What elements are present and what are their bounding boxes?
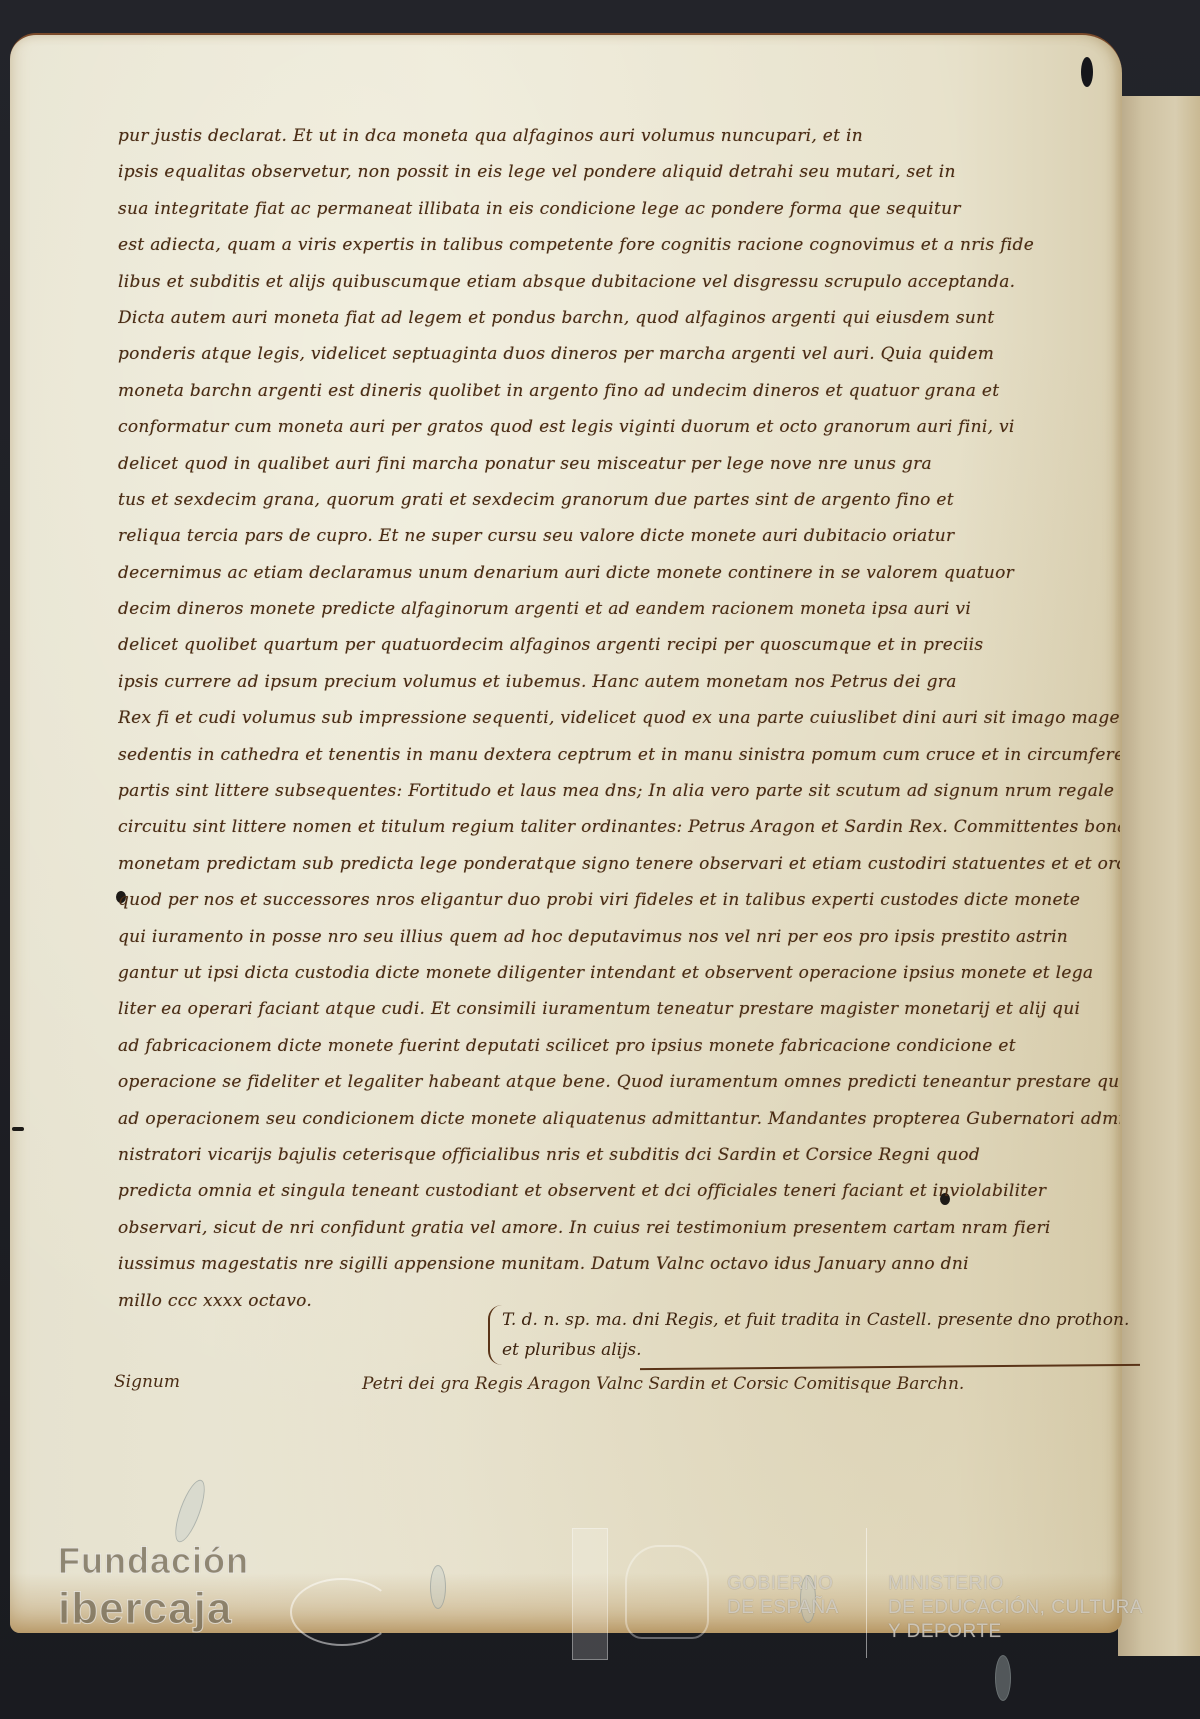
ibercaja-logo-icon [290,1578,394,1646]
royal-subscription: Petri dei gra Regis Aragon Valnc Sardin … [362,1374,1142,1394]
water-stain [430,1565,446,1609]
text-line: decernimus ac etiam declaramus unum dena… [118,555,1120,591]
ibercaja-watermark-text: ibercaja [58,1584,232,1634]
signum-mark: Signum [114,1372,180,1392]
text-line: ad fabricacionem dicte monete fuerint de… [118,1028,1120,1064]
manuscript-text: pur justis declarat. Et ut in dca moneta… [118,118,1120,1319]
text-line: partis sint littere subsequentes: Fortit… [118,773,1120,809]
text-line: ipsis currere ad ipsum precium volumus e… [118,664,1120,700]
ministerio-watermark-text: DE EDUCACIÓN, CULTURA [888,1597,1143,1619]
text-line: ponderis atque legis, videlicet septuagi… [118,336,1120,372]
text-line: delicet quolibet quartum per quatuordeci… [118,627,1120,663]
text-line: Rex fi et cudi volumus sub impressione s… [118,700,1120,736]
text-line: sua integritate fiat ac permaneat illiba… [118,191,1120,227]
text-line: operacione se fideliter et legaliter hab… [118,1064,1120,1100]
text-line: liter ea operari faciant atque cudi. Et … [118,991,1120,1027]
text-line: qui iuramento in posse nro seu illius qu… [118,919,1120,955]
text-line: observari, sicut de nri confidunt gratia… [118,1210,1120,1246]
ibercaja-watermark-text: Fundación [58,1540,249,1582]
text-line: conformatur cum moneta auri per gratos q… [118,409,1120,445]
gobierno-watermark-text: GOBIERNO [727,1573,833,1595]
text-line: Dicta autem auri moneta fiat ad legem et… [118,300,1120,336]
text-line: circuitu sint littere nomen et titulum r… [118,809,1120,845]
text-line: delicet quod in qualibet auri fini march… [118,446,1120,482]
text-line: predicta omnia et singula teneant custod… [118,1173,1120,1209]
gobierno-watermark-text: DE ESPAÑA [727,1597,839,1619]
binding-hole [1081,57,1093,87]
text-line: pur justis declarat. Et ut in dca moneta… [118,118,1120,154]
text-line: est adiecta, quam a viris expertis in ta… [118,227,1120,263]
ink-mark [12,1127,24,1131]
adjacent-page-edge: d. m. r. [1118,96,1200,1656]
sealing-note-line: et pluribus alijs. [502,1335,1152,1365]
eu-flag-icon [572,1528,608,1660]
text-line: monetam predictam sub predicta lege pond… [118,846,1120,882]
text-line: ad operacionem seu condicionem dicte mon… [118,1101,1120,1137]
text-line: tus et sexdecim grana, quorum grati et s… [118,482,1120,518]
sealing-note: T. d. n. sp. ma. dni Regis, et fuit trad… [488,1305,1152,1365]
text-line: libus et subditis et alijs quibuscumque … [118,264,1120,300]
text-line: sedentis in cathedra et tenentis in manu… [118,737,1120,773]
text-line: gantur ut ipsi dicta custodia dicte mone… [118,955,1120,991]
sealing-note-line: T. d. n. sp. ma. dni Regis, et fuit trad… [502,1305,1152,1335]
ministerio-watermark-text: Y DEPORTE [888,1621,1002,1643]
ministerio-watermark-text: MINISTERIO [888,1573,1004,1595]
water-stain [995,1655,1011,1701]
text-line: quod per nos et successores nros eligant… [118,882,1120,918]
text-line: nistratori vicarijs bajulis ceterisque o… [118,1137,1120,1173]
text-line: decim dineros monete predicte alfaginoru… [118,591,1120,627]
text-line: ipsis equalitas observetur, non possit i… [118,154,1120,190]
text-line: reliqua tercia pars de cupro. Et ne supe… [118,518,1120,554]
text-line: iussimus magestatis nre sigilli appensio… [118,1246,1120,1282]
spain-coat-of-arms-icon [625,1545,709,1639]
text-line: moneta barchn argenti est dineris quolib… [118,373,1120,409]
watermark-divider [866,1528,867,1658]
